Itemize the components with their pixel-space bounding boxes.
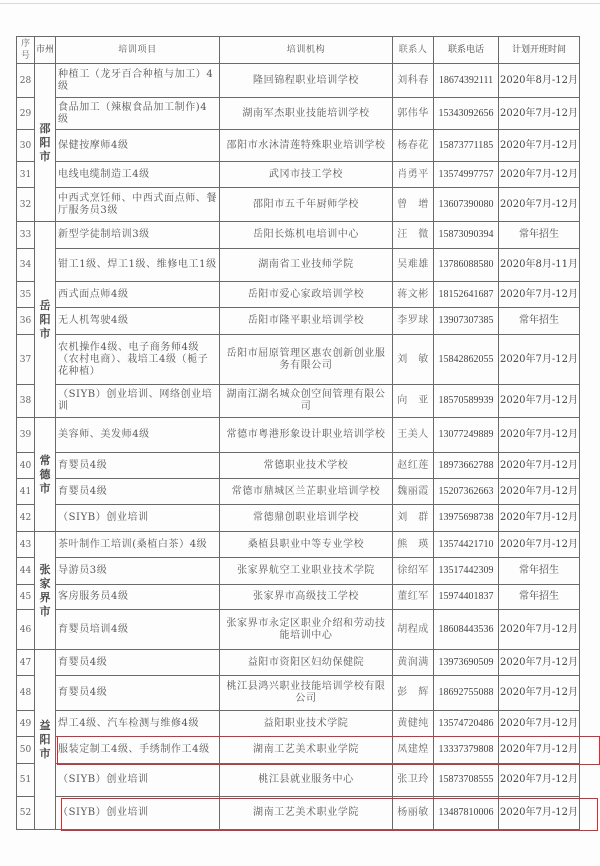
row-date: 常年招生 bbox=[499, 558, 580, 585]
row-item: 种植工（龙牙百合种植与加工）4级 bbox=[56, 64, 220, 98]
row-item: 育婴员4级 bbox=[56, 479, 220, 505]
row-phone: 15873090394 bbox=[434, 222, 499, 249]
row-item: 无人机驾驶4级 bbox=[56, 308, 220, 335]
row-contact: 熊 瑛 bbox=[393, 532, 434, 558]
row-date: 2020年7月-12月 bbox=[499, 385, 580, 418]
row-phone: 15873708555 bbox=[434, 764, 499, 797]
row-date: 2020年7月-12月 bbox=[499, 418, 580, 453]
table-row: 36 无人机驾驶4级 岳阳市隆平职业培训学校 李罗球 13907307385 常… bbox=[17, 308, 580, 335]
row-org: 张家界航空工业职业技术学院 bbox=[220, 558, 393, 585]
row-no: 48 bbox=[17, 676, 35, 711]
row-date: 2020年7月-12月 bbox=[499, 188, 580, 222]
row-item: 育婴员4级 bbox=[56, 650, 220, 676]
training-table: 序号 市州 培训项目 培训机构 联系人 联系电话 计划开班时间 28 邵阳市 种… bbox=[16, 36, 580, 830]
row-phone: 13574421710 bbox=[434, 532, 499, 558]
row-item: 保健按摩师4级 bbox=[56, 130, 220, 162]
row-no: 35 bbox=[17, 282, 35, 308]
row-no: 33 bbox=[17, 222, 35, 249]
row-no: 49 bbox=[17, 711, 35, 737]
row-item: 服装定制工4级、手绣制作工4级 bbox=[56, 737, 220, 764]
row-item: （SIYB）创业培训 bbox=[56, 797, 220, 830]
row-contact: 杨丽敏 bbox=[393, 797, 434, 830]
header-phone: 联系电话 bbox=[434, 37, 499, 64]
table-row-highlighted: 50 服装定制工4级、手绣制作工4级 湖南工艺美术职业学院 凤建煌 133373… bbox=[17, 737, 580, 764]
row-date: 2020年7月-12月 bbox=[499, 505, 580, 532]
row-date: 常年招生 bbox=[499, 585, 580, 610]
row-date: 2020年7月-12月 bbox=[499, 737, 580, 764]
city-cell: 张家界市 bbox=[35, 532, 56, 650]
table-row: 43 张家界市 茶叶制作工培训(桑植白茶）4级 桑植县职业中等专业学校 熊 瑛 … bbox=[17, 532, 580, 558]
row-date: 2020年8月-11月 bbox=[499, 249, 580, 282]
table-row: 30 保健按摩师4级 邵阳市水沐清莲特殊职业培训学校 杨春花 158737711… bbox=[17, 130, 580, 162]
row-org: 常德职业技术学校 bbox=[220, 453, 393, 479]
row-item: （SIYB）创业培训、网络创业培训 bbox=[56, 385, 220, 418]
row-item: 农机操作4级、电子商务师4级（农村电商）、栽培工4级（栀子花种植） bbox=[56, 335, 220, 385]
row-no: 38 bbox=[17, 385, 35, 418]
row-contact: 杨春花 bbox=[393, 130, 434, 162]
row-org: 湖南工艺美术职业学院 bbox=[220, 737, 393, 764]
row-org: 常德市鼎城区兰芷职业培训学校 bbox=[220, 479, 393, 505]
row-contact: 彭 辉 bbox=[393, 676, 434, 711]
row-org: 湖南军杰职业技能培训学校 bbox=[220, 98, 393, 130]
row-contact: 吴难雄 bbox=[393, 249, 434, 282]
row-date: 2020年7月-12月 bbox=[499, 162, 580, 188]
table-row: 45 客房服务员4级 张家界市高级技工学校 董红军 15974401837 常年… bbox=[17, 585, 580, 610]
row-phone: 15207362663 bbox=[434, 479, 499, 505]
table-row: 33 岳阳市 新型学徒制培训3级 岳阳长炼机电培训中心 汪 微 15873090… bbox=[17, 222, 580, 249]
row-org: 湖南省工业技师学院 bbox=[220, 249, 393, 282]
table-row: 44 导游员3级 张家界航空工业职业技术学院 徐绍军 13517442309 常… bbox=[17, 558, 580, 585]
row-item: 西式面点师4级 bbox=[56, 282, 220, 308]
table-row: 46 育婴员培训4级 张家界市永定区职业介绍和劳动技能培训中心 胡程成 1860… bbox=[17, 610, 580, 650]
row-org: 张家界市高级技工学校 bbox=[220, 585, 393, 610]
table-row: 47 益阳市 育婴员4级 益阳市资阳区妇幼保健院 黄润满 13973690509… bbox=[17, 650, 580, 676]
row-contact: 曾 增 bbox=[393, 188, 434, 222]
row-contact: 董红军 bbox=[393, 585, 434, 610]
table-row: 35 西式面点师4级 岳阳市爱心家政培训学校 蒋文彬 18152641687 2… bbox=[17, 282, 580, 308]
row-item: 育婴员4级 bbox=[56, 453, 220, 479]
row-phone: 13574720486 bbox=[434, 711, 499, 737]
row-date: 2020年7月-12月 bbox=[499, 335, 580, 385]
header-date: 计划开班时间 bbox=[499, 37, 580, 64]
row-phone: 15873771185 bbox=[434, 130, 499, 162]
city-cell: 益阳市 bbox=[35, 650, 56, 830]
row-date: 2020年7月-12月 bbox=[499, 98, 580, 130]
row-phone: 18692755088 bbox=[434, 676, 499, 711]
row-date: 2020年7月-12月 bbox=[499, 610, 580, 650]
row-item: 钳工1级、焊工1级、维修电工1级 bbox=[56, 249, 220, 282]
row-no: 41 bbox=[17, 479, 35, 505]
row-date: 2020年7月-12月 bbox=[499, 532, 580, 558]
city-cell: 岳阳市 bbox=[35, 222, 56, 418]
row-item: 导游员3级 bbox=[56, 558, 220, 585]
table-row: 32 中西式烹饪师、中西式面点师、餐厅服务员3级 邵阳市五千年厨师学校 曾 增 … bbox=[17, 188, 580, 222]
row-contact: 魏丽霞 bbox=[393, 479, 434, 505]
row-org: 隆回锦程职业培训学校 bbox=[220, 64, 393, 98]
table-row: 34 钳工1级、焊工1级、维修电工1级 湖南省工业技师学院 吴难雄 137860… bbox=[17, 249, 580, 282]
city-cell: 常德市 bbox=[35, 418, 56, 532]
row-org: 桑植县职业中等专业学校 bbox=[220, 532, 393, 558]
row-contact: 汪 微 bbox=[393, 222, 434, 249]
row-phone: 13607390080 bbox=[434, 188, 499, 222]
row-date: 2020年7月-12月 bbox=[499, 479, 580, 505]
row-date: 2020年7月-12月 bbox=[499, 676, 580, 711]
row-no: 37 bbox=[17, 335, 35, 385]
header-city: 市州 bbox=[35, 37, 56, 64]
row-contact: 胡程成 bbox=[393, 610, 434, 650]
row-org: 张家界市永定区职业介绍和劳动技能培训中心 bbox=[220, 610, 393, 650]
table-row: 31 电线电缆制造工4级 武冈市技工学校 肖勇平 13574997757 202… bbox=[17, 162, 580, 188]
row-phone: 13487810006 bbox=[434, 797, 499, 830]
row-phone: 18674392111 bbox=[434, 64, 499, 98]
row-phone: 13337379808 bbox=[434, 737, 499, 764]
row-org: 湖南江湖名城众创空间管理有限公司 bbox=[220, 385, 393, 418]
row-org: 湖南工艺美术职业学院 bbox=[220, 797, 393, 830]
row-phone: 13077249889 bbox=[434, 418, 499, 453]
row-contact: 郭伟华 bbox=[393, 98, 434, 130]
row-no: 30 bbox=[17, 130, 35, 162]
row-item: 育婴员培训4级 bbox=[56, 610, 220, 650]
row-contact: 徐绍军 bbox=[393, 558, 434, 585]
row-contact: 李罗球 bbox=[393, 308, 434, 335]
row-contact: 黄健纯 bbox=[393, 711, 434, 737]
row-item: 客房服务员4级 bbox=[56, 585, 220, 610]
row-org: 桃江县鸿兴职业技能培训学校有限公司 bbox=[220, 676, 393, 711]
row-no: 31 bbox=[17, 162, 35, 188]
row-contact: 黄润满 bbox=[393, 650, 434, 676]
row-phone: 15343092656 bbox=[434, 98, 499, 130]
row-no: 43 bbox=[17, 532, 35, 558]
row-date: 2020年7月-12月 bbox=[499, 797, 580, 830]
row-contact: 刘科春 bbox=[393, 64, 434, 98]
row-org: 岳阳长炼机电培训中心 bbox=[220, 222, 393, 249]
row-phone: 13907307385 bbox=[434, 308, 499, 335]
row-phone: 13975698738 bbox=[434, 505, 499, 532]
city-cell: 邵阳市 bbox=[35, 64, 56, 222]
table-row: 41 育婴员4级 常德市鼎城区兰芷职业培训学校 魏丽霞 15207362663 … bbox=[17, 479, 580, 505]
table-row: 29 食品加工（辣椒食品加工制作)4级 湖南军杰职业技能培训学校 郭伟华 153… bbox=[17, 98, 580, 130]
row-no: 32 bbox=[17, 188, 35, 222]
row-date: 2020年7月-12月 bbox=[499, 711, 580, 737]
row-no: 34 bbox=[17, 249, 35, 282]
row-date: 常年招生 bbox=[499, 222, 580, 249]
row-date: 2020年7月-12月 bbox=[499, 764, 580, 797]
row-no: 36 bbox=[17, 308, 35, 335]
row-org: 常德鼎创职业培训学校 bbox=[220, 505, 393, 532]
row-contact: 肖勇平 bbox=[393, 162, 434, 188]
table-row: 28 邵阳市 种植工（龙牙百合种植与加工）4级 隆回锦程职业培训学校 刘科春 1… bbox=[17, 64, 580, 98]
table-row-highlighted: 52 （SIYB）创业培训 湖南工艺美术职业学院 杨丽敏 13487810006… bbox=[17, 797, 580, 830]
table-row: 39 常德市 美容师、美发师4级 常德市粤港形象设计职业培训学校 王美人 130… bbox=[17, 418, 580, 453]
row-no: 40 bbox=[17, 453, 35, 479]
row-date: 2020年7月-12月 bbox=[499, 453, 580, 479]
row-contact: 凤建煌 bbox=[393, 737, 434, 764]
row-org: 邵阳市五千年厨师学校 bbox=[220, 188, 393, 222]
row-no: 51 bbox=[17, 764, 35, 797]
row-phone: 18608443536 bbox=[434, 610, 499, 650]
table-row: 48 育婴员4级 桃江县鸿兴职业技能培训学校有限公司 彭 辉 186927550… bbox=[17, 676, 580, 711]
row-no: 28 bbox=[17, 64, 35, 98]
row-no: 52 bbox=[17, 797, 35, 830]
row-item: 焊工4级、汽车检测与维修4级 bbox=[56, 711, 220, 737]
row-date: 2020年8月-12月 bbox=[499, 64, 580, 98]
row-no: 50 bbox=[17, 737, 35, 764]
table-row: 49 焊工4级、汽车检测与维修4级 益阳职业技术学院 黄健纯 135747204… bbox=[17, 711, 580, 737]
row-contact: 王美人 bbox=[393, 418, 434, 453]
row-no: 44 bbox=[17, 558, 35, 585]
row-contact: 刘 敏 bbox=[393, 335, 434, 385]
header-no: 序号 bbox=[17, 37, 35, 64]
row-no: 29 bbox=[17, 98, 35, 130]
row-org: 邵阳市水沐清莲特殊职业培训学校 bbox=[220, 130, 393, 162]
row-org: 常德市粤港形象设计职业培训学校 bbox=[220, 418, 393, 453]
row-item: 食品加工（辣椒食品加工制作)4级 bbox=[56, 98, 220, 130]
table-row: 38 （SIYB）创业培训、网络创业培训 湖南江湖名城众创空间管理有限公司 向 … bbox=[17, 385, 580, 418]
row-date: 2020年7月-12月 bbox=[499, 282, 580, 308]
row-item: 电线电缆制造工4级 bbox=[56, 162, 220, 188]
table-row: 42 （SIYB）创业培训 常德鼎创职业培训学校 刘 群 13975698738… bbox=[17, 505, 580, 532]
row-phone: 18152641687 bbox=[434, 282, 499, 308]
row-date: 2020年7月-12月 bbox=[499, 650, 580, 676]
row-org: 岳阳市爱心家政培训学校 bbox=[220, 282, 393, 308]
row-date: 常年招生 bbox=[499, 308, 580, 335]
row-org: 益阳职业技术学院 bbox=[220, 711, 393, 737]
row-item: 新型学徒制培训3级 bbox=[56, 222, 220, 249]
row-contact: 蒋文彬 bbox=[393, 282, 434, 308]
row-phone: 13517442309 bbox=[434, 558, 499, 585]
page-top-rule bbox=[0, 3, 600, 4]
row-contact: 张卫玲 bbox=[393, 764, 434, 797]
row-no: 42 bbox=[17, 505, 35, 532]
row-item: （SIYB）创业培训 bbox=[56, 764, 220, 797]
header-contact: 联系人 bbox=[393, 37, 434, 64]
row-item: 茶叶制作工培训(桑植白茶）4级 bbox=[56, 532, 220, 558]
row-contact: 刘 群 bbox=[393, 505, 434, 532]
row-no: 45 bbox=[17, 585, 35, 610]
row-phone: 15842862055 bbox=[434, 335, 499, 385]
row-contact: 赵红莲 bbox=[393, 453, 434, 479]
row-item: 美容师、美发师4级 bbox=[56, 418, 220, 453]
row-phone: 18973662788 bbox=[434, 453, 499, 479]
row-no: 46 bbox=[17, 610, 35, 650]
row-phone: 13574997757 bbox=[434, 162, 499, 188]
row-contact: 向 亚 bbox=[393, 385, 434, 418]
row-item: 育婴员4级 bbox=[56, 676, 220, 711]
row-phone: 18570589939 bbox=[434, 385, 499, 418]
row-org: 益阳市资阳区妇幼保健院 bbox=[220, 650, 393, 676]
row-phone: 13973690509 bbox=[434, 650, 499, 676]
row-item: 中西式烹饪师、中西式面点师、餐厅服务员3级 bbox=[56, 188, 220, 222]
row-org: 岳阳市屈原管理区惠农创新创业服务有限公司 bbox=[220, 335, 393, 385]
header-item: 培训项目 bbox=[56, 37, 220, 64]
row-date: 2020年7月-12月 bbox=[499, 130, 580, 162]
row-no: 47 bbox=[17, 650, 35, 676]
header-row: 序号 市州 培训项目 培训机构 联系人 联系电话 计划开班时间 bbox=[17, 37, 580, 64]
table-row: 40 育婴员4级 常德职业技术学校 赵红莲 18973662788 2020年7… bbox=[17, 453, 580, 479]
table-row: 37 农机操作4级、电子商务师4级（农村电商）、栽培工4级（栀子花种植） 岳阳市… bbox=[17, 335, 580, 385]
row-org: 武冈市技工学校 bbox=[220, 162, 393, 188]
table-row: 51 （SIYB）创业培训 桃江县就业服务中心 张卫玲 15873708555 … bbox=[17, 764, 580, 797]
row-no: 39 bbox=[17, 418, 35, 453]
row-org: 桃江县就业服务中心 bbox=[220, 764, 393, 797]
row-item: （SIYB）创业培训 bbox=[56, 505, 220, 532]
row-phone: 15974401837 bbox=[434, 585, 499, 610]
header-org: 培训机构 bbox=[220, 37, 393, 64]
row-phone: 13786088580 bbox=[434, 249, 499, 282]
row-org: 岳阳市隆平职业培训学校 bbox=[220, 308, 393, 335]
